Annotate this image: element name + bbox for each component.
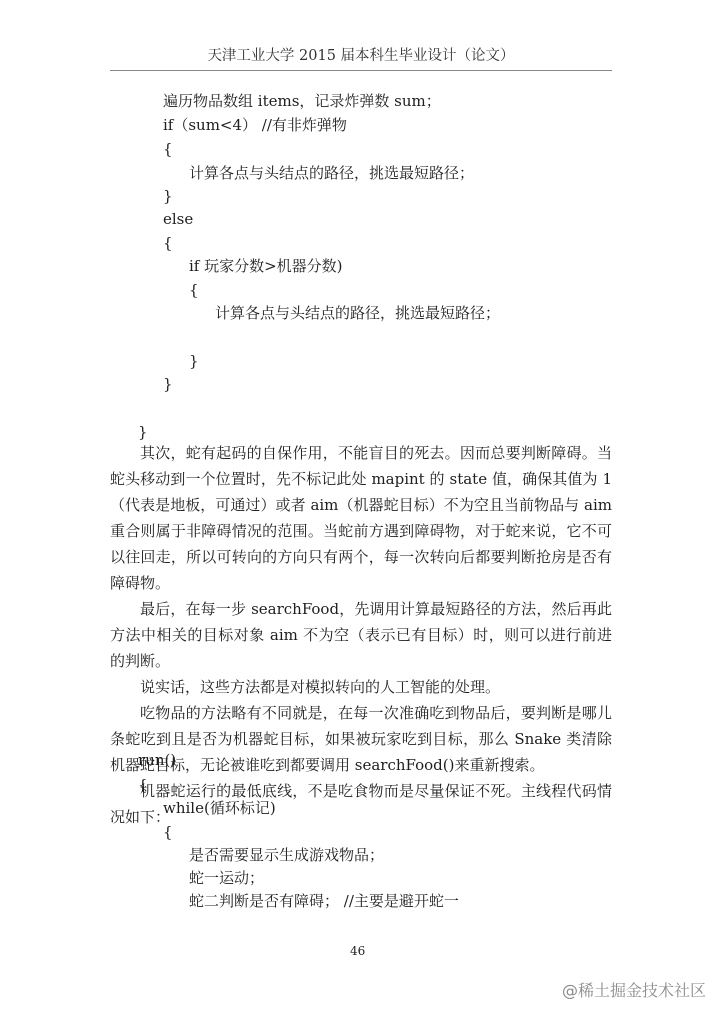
page-header-title: 天津工业大学 2015 届本科生毕业设计（论文） [110, 44, 612, 65]
code-line: { [163, 139, 173, 159]
code-line: { [163, 822, 173, 842]
code-line: { [138, 775, 148, 795]
code-line: else [163, 209, 193, 229]
code-line: 计算各点与头结点的路径，挑选最短路径； [189, 163, 474, 183]
body-text: 其次，蛇有起码的自保作用，不能盲目的死去。因而总要判断障碍。当蛇头移动到一个位置… [110, 440, 612, 830]
code-line: 蛇一运动； [189, 868, 264, 888]
code-line: while(循环标记) [163, 798, 276, 818]
code-line: } [163, 186, 173, 206]
paragraph: 吃物品的方法略有不同就是，在每一次准确吃到物品后，要判断是哪儿条蛇吃到且是否为机… [110, 700, 612, 778]
code-line: { [163, 233, 173, 253]
paragraph: 其次，蛇有起码的自保作用，不能盲目的死去。因而总要判断障碍。当蛇头移动到一个位置… [110, 440, 612, 596]
code-line: } [189, 351, 199, 371]
code-line: } [163, 374, 173, 394]
code-line: 是否需要显示生成游戏物品； [189, 845, 384, 865]
page-number: 46 [350, 944, 365, 958]
watermark: @稀土掘金技术社区 [562, 978, 706, 1001]
code-line: 遍历物品数组 items，记录炸弹数 sum； [163, 91, 441, 111]
code-line: 计算各点与头结点的路径，挑选最短路径； [215, 303, 500, 323]
code-line: run() [138, 750, 176, 770]
code-line: if 玩家分数>机器分数) [189, 256, 343, 276]
code-line: } [138, 422, 148, 442]
header-rule [110, 70, 612, 71]
paragraph: 最后，在每一步 searchFood，先调用计算最短路径的方法，然后再此方法中相… [110, 596, 612, 674]
code-line: 蛇二判断是否有障碍； //主要是避开蛇一 [189, 891, 459, 911]
code-line: if（sum<4） //有非炸弹物 [163, 115, 347, 135]
code-line: { [189, 280, 199, 300]
paragraph: 说实话，这些方法都是对模拟转向的人工智能的处理。 [110, 674, 612, 700]
